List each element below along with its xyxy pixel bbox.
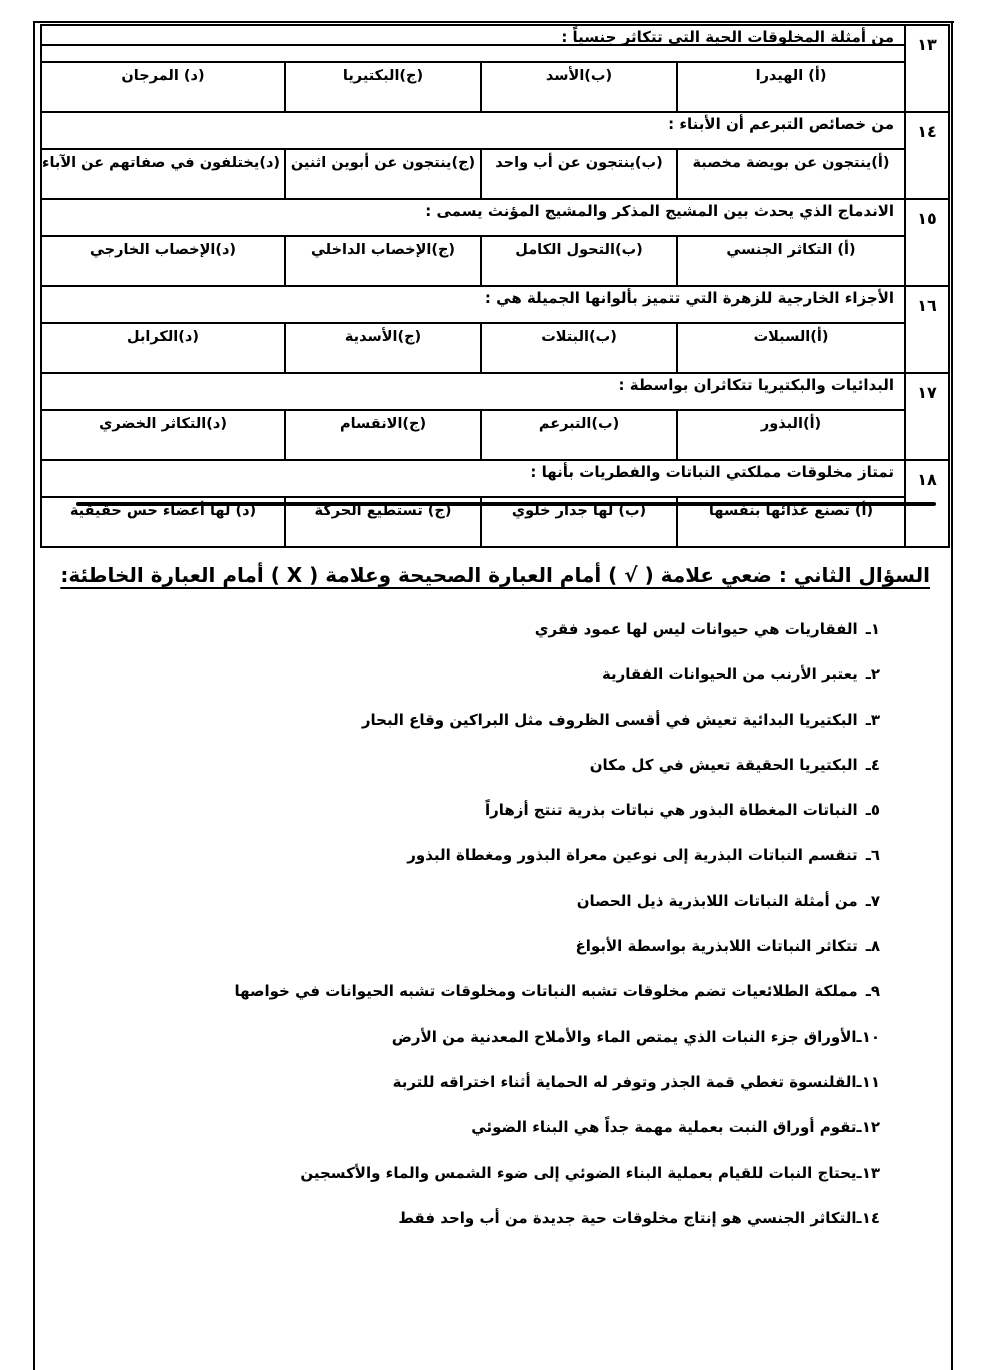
question-stem: البدائيات والبكتيريا تتكاثران بواسطة : bbox=[41, 373, 905, 410]
statement-item: ٨ـتتكاثر النباتات اللابذرية بواسطة الأبو… bbox=[234, 937, 880, 982]
statement-item: ٧ـمن أمثلة النباتات اللابذرية ذيل الحصان bbox=[234, 892, 880, 937]
option-c: (ج)ينتجون عن أبوين اثنين bbox=[285, 149, 481, 199]
option-c: (ج)الأسدية bbox=[285, 323, 481, 373]
statement-text: التكاثر الجنسي هو إنتاج مخلوقات حية جديد… bbox=[398, 1209, 856, 1227]
option-a: (أ) التكاثر الجنسي bbox=[677, 236, 905, 286]
statement-number: ١٠ـ bbox=[857, 1028, 880, 1046]
statement-item: ١٠ـالأوراق جزء النبات الذي يمتص الماء وا… bbox=[234, 1028, 880, 1073]
statement-item: ٩ـمملكة الطلائعيات تضم مخلوقات تشبه النب… bbox=[234, 982, 880, 1027]
statement-number: ١٣ـ bbox=[857, 1164, 880, 1182]
question-number: ١٧ bbox=[905, 373, 949, 460]
page-frame-top-line bbox=[33, 21, 954, 23]
option-d: (د)يختلفون في صفاتهم عن الآباء bbox=[41, 149, 285, 199]
statement-item: ٦ـتنقسم النباتات البذرية إلى نوعين معراة… bbox=[234, 846, 880, 891]
statement-number: ٩ـ bbox=[866, 982, 880, 1000]
statement-text: البكتيريا البدائية تعيش في أقسى الظروف م… bbox=[362, 711, 858, 729]
statement-number: ٧ـ bbox=[866, 892, 880, 910]
option-b: (ب)البتلات bbox=[481, 323, 677, 373]
statement-item: ١٢ـتقوم أوراق النبت بعملية مهمة جداً هي … bbox=[234, 1118, 880, 1163]
statement-number: ١١ـ bbox=[857, 1073, 880, 1091]
mcq-table: ١٣ من أمثلة المخلوقات الحية التي تتكاثر … bbox=[40, 24, 950, 548]
option-c: (ج)الإخصاب الداخلي bbox=[285, 236, 481, 286]
option-b: (ب)ينتجون عن أب واحد bbox=[481, 149, 677, 199]
question-number: ١٤ bbox=[905, 112, 949, 199]
statement-text: يعتبر الأرنب من الحيوانات الفقارية bbox=[602, 665, 858, 683]
statement-item: ١ـالفقاريات هي حيوانات ليس لها عمود فقري bbox=[234, 620, 880, 665]
question-stem: الأجزاء الخارجية للزهرة التي تتميز بألوا… bbox=[41, 286, 905, 323]
question-stem: تمتاز مخلوقات مملكتي النباتات والفطريات … bbox=[41, 460, 905, 497]
statement-item: ١١ـالقلنسوة تغطي قمة الجذر وتوفر له الحم… bbox=[234, 1073, 880, 1118]
option-d: (د)التكاثر الخضري bbox=[41, 410, 285, 460]
option-b: (ب)التبرعم bbox=[481, 410, 677, 460]
section2-title: السؤال الثاني : ضعي علامة ( √ ) أمام الع… bbox=[60, 563, 930, 587]
question-number: ١٥ bbox=[905, 199, 949, 286]
statement-text: الأوراق جزء النبات الذي يمتص الماء والأم… bbox=[392, 1028, 857, 1046]
statement-item: ٣ـالبكتيريا البدائية تعيش في أقسى الظروف… bbox=[234, 711, 880, 756]
option-a: (أ)السبلات bbox=[677, 323, 905, 373]
statement-text: من أمثلة النباتات اللابذرية ذيل الحصان bbox=[577, 892, 858, 910]
option-c: (ج)البكتيريا bbox=[285, 62, 481, 112]
statement-text: الفقاريات هي حيوانات ليس لها عمود فقري bbox=[535, 620, 858, 638]
question-stem: من خصائص التبرعم أن الأبناء : bbox=[41, 112, 905, 149]
question-block-13: ١٣ من أمثلة المخلوقات الحية التي تتكاثر … bbox=[41, 25, 949, 112]
statement-text: تقوم أوراق النبت بعملية مهمة جداً هي الب… bbox=[471, 1118, 856, 1136]
statement-number: ١٤ـ bbox=[857, 1209, 880, 1227]
statement-item: ١٤ـالتكاثر الجنسي هو إنتاج مخلوقات حية ج… bbox=[234, 1209, 880, 1254]
statement-text: يحتاج النبات للقيام بعملية البناء الضوئي… bbox=[300, 1164, 856, 1182]
question-block-16: ١٦ الأجزاء الخارجية للزهرة التي تتميز بأ… bbox=[41, 286, 949, 373]
statement-number: ٨ـ bbox=[866, 937, 880, 955]
statement-item: ٥ـالنباتات المغطاة البذور هي نباتات بذري… bbox=[234, 801, 880, 846]
option-d: (د)الإخصاب الخارجي bbox=[41, 236, 285, 286]
statement-text: القلنسوة تغطي قمة الجذر وتوفر له الحماية… bbox=[393, 1073, 857, 1091]
option-a: (أ)ينتجون عن بويضة مخصبة bbox=[677, 149, 905, 199]
statement-number: ٦ـ bbox=[866, 846, 880, 864]
statement-number: ١ـ bbox=[866, 620, 880, 638]
statement-item: ٤ـالبكتيريا الحقيقة تعيش في كل مكان bbox=[234, 756, 880, 801]
option-c: (ج)الانقسام bbox=[285, 410, 481, 460]
statement-number: ٢ـ bbox=[866, 665, 880, 683]
option-d: (د)الكرابل bbox=[41, 323, 285, 373]
question-block-15: ١٥ الاندماج الذي يحدث بين المشيج المذكر … bbox=[41, 199, 949, 286]
statement-text: تنقسم النباتات البذرية إلى نوعين معراة ا… bbox=[407, 846, 857, 864]
statement-number: ٥ـ bbox=[866, 801, 880, 819]
option-d: (د) المرجان bbox=[41, 62, 285, 112]
statement-text: البكتيريا الحقيقة تعيش في كل مكان bbox=[590, 756, 858, 774]
section-divider-line bbox=[76, 502, 936, 506]
statement-text: النباتات المغطاة البذور هي نباتات بذرية … bbox=[485, 801, 858, 819]
statement-number: ١٢ـ bbox=[857, 1118, 880, 1136]
page-frame-right-line bbox=[951, 21, 953, 1370]
question-stem: الاندماج الذي يحدث بين المشيج المذكر وال… bbox=[41, 199, 905, 236]
statement-item: ٢ـيعتبر الأرنب من الحيوانات الفقارية bbox=[234, 665, 880, 710]
question-block-17: ١٧ البدائيات والبكتيريا تتكاثران بواسطة … bbox=[41, 373, 949, 460]
scan-artifact-line bbox=[42, 44, 904, 46]
question-block-14: ١٤ من خصائص التبرعم أن الأبناء : (أ)ينتج… bbox=[41, 112, 949, 199]
option-b: (ب)التحول الكامل bbox=[481, 236, 677, 286]
option-a: (أ)البذور bbox=[677, 410, 905, 460]
page-frame-left-line bbox=[33, 21, 35, 1370]
statements-list: ١ـالفقاريات هي حيوانات ليس لها عمود فقري… bbox=[234, 620, 880, 1254]
statement-item: ١٣ـيحتاج النبات للقيام بعملية البناء الض… bbox=[234, 1164, 880, 1209]
statement-text: مملكة الطلائعيات تضم مخلوقات تشبه النبات… bbox=[234, 982, 857, 1000]
worksheet-page: ١٣ من أمثلة المخلوقات الحية التي تتكاثر … bbox=[0, 0, 992, 1370]
question-number: ١٣ bbox=[905, 25, 949, 112]
statement-text: تتكاثر النباتات اللابذرية بواسطة الأبواغ bbox=[576, 937, 858, 955]
option-a: (أ) الهيدرا bbox=[677, 62, 905, 112]
question-number: ١٦ bbox=[905, 286, 949, 373]
statement-number: ٤ـ bbox=[866, 756, 880, 774]
option-b: (ب)الأسد bbox=[481, 62, 677, 112]
statement-number: ٣ـ bbox=[866, 711, 880, 729]
